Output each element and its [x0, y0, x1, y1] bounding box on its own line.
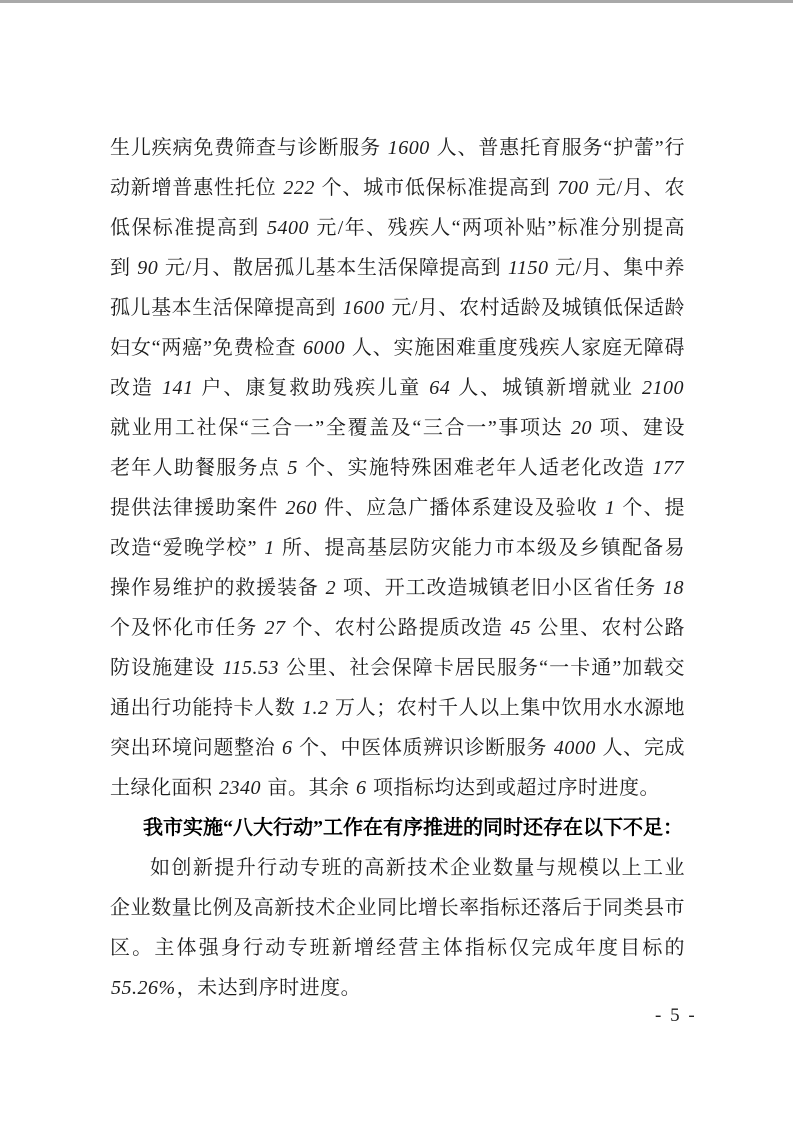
numeric-value: 45 [509, 617, 532, 639]
numeric-value: 1 [604, 497, 617, 519]
numeric-value: 6 [281, 737, 294, 759]
numeric-value: 260 [285, 497, 319, 519]
numeric-value: 90 [136, 257, 159, 279]
numeric-value: 20 [570, 417, 593, 439]
scan-edge-artifact [0, 0, 793, 3]
document-content: 生儿疾病免费筛查与诊断服务 1600 人、普惠托育服务“护蕾”行动新增普惠性托位… [110, 128, 685, 1008]
numeric-value: 700 [556, 177, 590, 199]
paragraph-shortcomings: 如创新提升行动专班的高新技术企业数量与规模以上工业企业数量比例及高新技术企业同比… [110, 848, 685, 1008]
text-line: 防设施建设 115.53 公里、社会保障卡居民服务“一卡通”加载交 [110, 648, 685, 688]
numeric-value: 1150 [507, 257, 550, 279]
numeric-value: 2 [325, 577, 338, 599]
text-line: 突出环境问题整治 6 个、中医体质辨识诊断服务 4000 人、完成国 [110, 728, 685, 768]
numeric-value: 27 [263, 617, 286, 639]
numeric-value: 2100 [641, 377, 685, 399]
text-line: 个及怀化市任务 27 个、农村公路提质改造 45 公里、农村公路安 [110, 608, 685, 648]
numeric-value: 5 [286, 457, 299, 479]
text-line: 区。主体强身行动专班新增经营主体指标仅完成年度目标的 [110, 928, 685, 968]
section-heading: 我市实施“八大行动”工作在有序推进的同时还存在以下不足： [110, 808, 685, 848]
text-line: 老年人助餐服务点 5 个、实施特殊困难老年人适老化改造 177 户、 [110, 448, 685, 488]
text-line: 通出行功能持卡人数 1.2 万人；农村千人以上集中饮用水水源地 [110, 688, 685, 728]
text-line: 妇女“两癌”免费检查 6000 人、实施困难重度残疾人家庭无障碍 [110, 328, 685, 368]
text-line: 操作易维护的救援装备 2 项、开工改造城镇老旧小区省任务 18 [110, 568, 685, 608]
page-number: - 5 - [655, 1003, 697, 1029]
text-line: 动新增普惠性托位 222 个、城市低保标准提高到 700 元/月、农村 [110, 168, 685, 208]
text-line: 55.26%，未达到序时进度。 [110, 968, 685, 1008]
section-heading-line: 我市实施“八大行动”工作在有序推进的同时还存在以下不足： [110, 808, 685, 848]
numeric-value: 55.26% [110, 977, 177, 999]
numeric-value: 6000 [302, 337, 346, 359]
numeric-value: 177 [652, 457, 685, 479]
numeric-value: 1600 [342, 297, 386, 319]
numeric-value: 4000 [553, 737, 597, 759]
numeric-value: 18 [662, 577, 685, 599]
text-line: 到 90 元/月、散居孤儿基本生活保障提高到 1150 元/月、集中养育 [110, 248, 685, 288]
numeric-value: 141 [161, 377, 195, 399]
text-line: 改造 141 户、康复救助残疾儿童 64 人、城镇新增就业 2100 人、 [110, 368, 685, 408]
numeric-value: 64 [428, 377, 451, 399]
text-line: 低保标准提高到 5400 元/年、残疾人“两项补贴”标准分别提高 [110, 208, 685, 248]
numeric-value: 5400 [266, 217, 310, 239]
numeric-value: 222 [282, 177, 316, 199]
numeric-value: 2340 [218, 777, 262, 799]
text-line: 土绿化面积 2340 亩。其余 6 项指标均达到或超过序时进度。 [110, 768, 685, 808]
numeric-value: 6 [355, 777, 368, 799]
text-line: 生儿疾病免费筛查与诊断服务 1600 人、普惠托育服务“护蕾”行 [110, 128, 685, 168]
numeric-value: 1 [263, 537, 276, 559]
numeric-value: 1600 [387, 137, 431, 159]
numeric-value: 1.2 [301, 697, 330, 719]
paragraph-continuation: 生儿疾病免费筛查与诊断服务 1600 人、普惠托育服务“护蕾”行动新增普惠性托位… [110, 128, 685, 808]
text-line: 企业数量比例及高新技术企业同比增长率指标还落后于同类县市 [110, 888, 685, 928]
text-line: 提供法律援助案件 260 件、应急广播体系建设及验收 1 个、提质 [110, 488, 685, 528]
numeric-value: 115.53 [222, 657, 281, 679]
text-line: 改造“爱晚学校” 1 所、提高基层防灾能力市本级及乡镇配备易 [110, 528, 685, 568]
text-line: 就业用工社保“三合一”全覆盖及“三合一”事项达 20 项、建设 [110, 408, 685, 448]
text-line: 孤儿基本生活保障提高到 1600 元/月、农村适龄及城镇低保适龄 [110, 288, 685, 328]
text-line: 如创新提升行动专班的高新技术企业数量与规模以上工业 [110, 848, 685, 888]
document-page: 生儿疾病免费筛查与诊断服务 1600 人、普惠托育服务“护蕾”行动新增普惠性托位… [0, 0, 793, 1122]
